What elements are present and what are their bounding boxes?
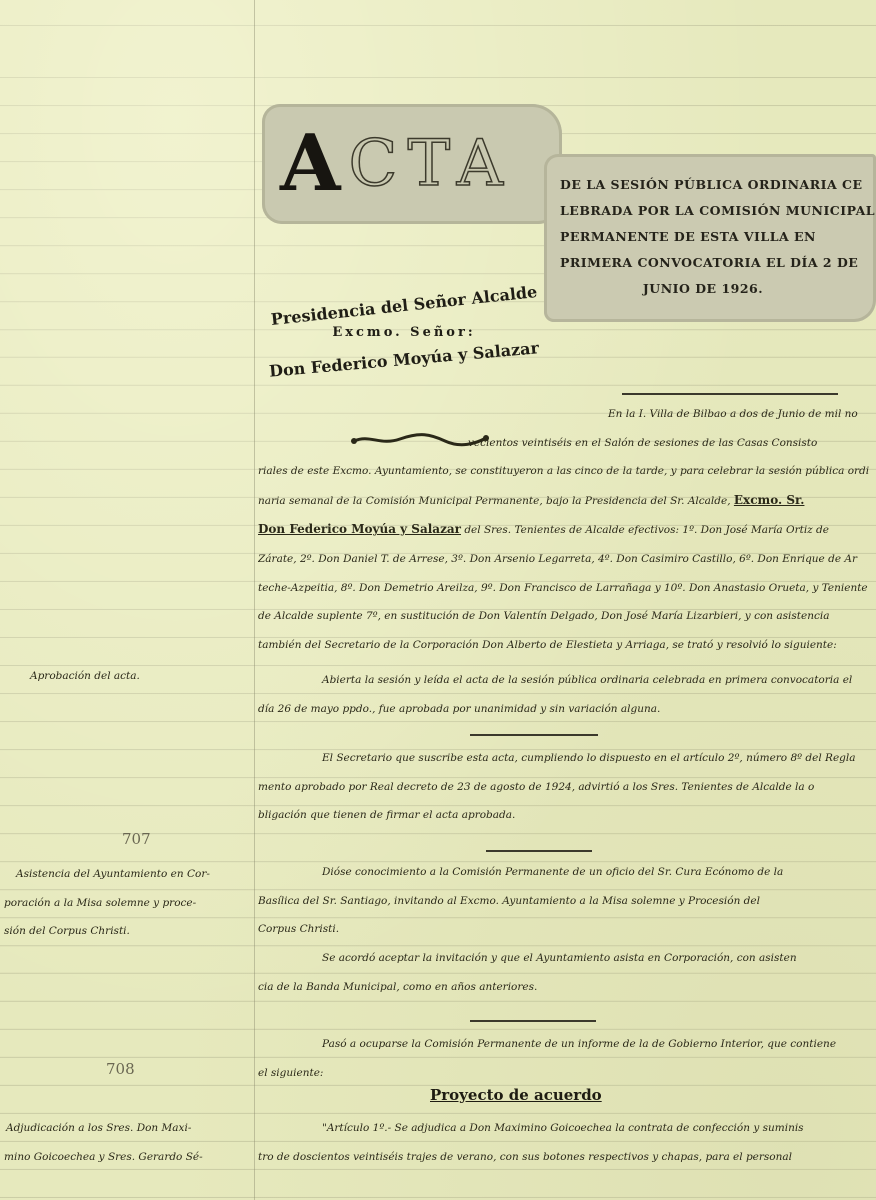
paragraph-invitation-resolution: Se acordó aceptar la invitación y que el… (258, 944, 876, 1001)
paragraph-opening: En la I. Villa de Bilbao a dos de Junio … (258, 400, 876, 659)
text-line: tro de doscientos veintiséis trajes de v… (258, 1143, 876, 1172)
text-line: día 26 de mayo ppdo., fue aprobada por u… (258, 695, 876, 724)
text-line: riales de este Excmo. Ayuntamiento, se c… (258, 457, 876, 486)
presidency-heading: Presidencia del Señor Alcalde (256, 281, 552, 331)
banner-line: de la sesión pública ordinaria ce (560, 172, 876, 198)
section-divider (470, 734, 598, 736)
text-line: bligación que tienen de firmar el acta a… (258, 801, 876, 830)
note-line: Adjudicación a los Sres. Don Maxi- (4, 1114, 254, 1143)
text-line: naria semanal de la Comisión Municipal P… (258, 486, 876, 516)
section-divider (470, 1020, 596, 1022)
text-line: Zárate, 2º. Don Daniel T. de Arrese, 3º.… (258, 545, 876, 574)
session-description-scroll: de la sesión pública ordinaria ce lebrad… (544, 154, 876, 322)
project-heading: Proyecto de acuerdo (430, 1086, 602, 1104)
text-line: Corpus Christi. (258, 915, 876, 944)
text-line: de Alcalde suplente 7º, en sustitución d… (258, 602, 876, 631)
paragraph-interior-report: Pasó a ocuparse la Comisión Permanente d… (258, 1030, 876, 1087)
text-line: Abierta la sesión y leída el acta de la … (258, 666, 876, 695)
margin-note-corpus-christi: Asistencia del Ayuntamiento en Cor- pora… (4, 860, 254, 946)
folio-number: 707 (122, 830, 151, 848)
text-line: Basílica del Sr. Santiago, invitando al … (258, 887, 876, 916)
acta-title: A CTA (262, 104, 562, 224)
text-line: vecientos veintiséis en el Salón de sesi… (258, 429, 876, 458)
note-line: sión del Corpus Christi. (4, 917, 254, 946)
paragraph-corpus-invitation: Dióse conocimiento a la Comisión Permane… (258, 858, 876, 944)
text-line: "Artículo 1º.- Se adjudica a Don Maximin… (258, 1114, 876, 1143)
paragraph-minutes-approval: Abierta la sesión y leída el acta de la … (258, 666, 876, 723)
banner-line: primera convocatoria el día 2 de (560, 250, 876, 276)
banner-line: junio de 1926. (560, 276, 876, 302)
section-divider (486, 850, 592, 852)
text-line: Dióse conocimiento a la Comisión Permane… (258, 858, 876, 887)
text-line: teche-Azpeitia, 8º. Don Demetrio Areilza… (258, 574, 876, 603)
note-line: mino Goicoechea y Sres. Gerardo Sé- (4, 1143, 254, 1172)
presidency-block: Presidencia del Señor Alcalde Excmo. Señ… (256, 282, 552, 369)
text-line: En la I. Villa de Bilbao a dos de Junio … (258, 400, 876, 429)
mayor-title: Excmo. Sr. (734, 493, 805, 507)
folio-number: 708 (106, 1060, 135, 1078)
acta-initial-letter: A (280, 125, 343, 203)
text-line: Se acordó aceptar la invitación y que el… (258, 944, 876, 973)
paragraph-secretary-note: El Secretario que suscribe esta acta, cu… (258, 744, 876, 830)
margin-note-adjudication: Adjudicación a los Sres. Don Maxi- mino … (4, 1114, 254, 1171)
text-line: Don Federico Moyúa y Salazar del Sres. T… (258, 515, 876, 545)
acta-title-rest: CTA (349, 127, 513, 201)
text-line: mento aprobado por Real decreto de 23 de… (258, 773, 876, 802)
mayor-name: Don Federico Moyúa y Salazar (258, 522, 461, 536)
note-line: Asistencia del Ayuntamiento en Cor- (4, 860, 254, 889)
banner-line: Permanente de esta Villa en (560, 224, 876, 250)
margin-note-minutes-approval: Aprobación del acta. (30, 662, 280, 691)
presidency-honorific: Excmo. Señor: (256, 325, 552, 340)
text-line: Pasó a ocuparse la Comisión Permanente d… (258, 1030, 876, 1059)
section-divider (622, 393, 838, 395)
text-line: cia de la Banda Municipal, como en años … (258, 973, 876, 1002)
paragraph-article-one: "Artículo 1º.- Se adjudica a Don Maximin… (258, 1114, 876, 1171)
text-line: también del Secretario de la Corporación… (258, 631, 876, 660)
text-line: el siguiente: (258, 1059, 876, 1088)
margin-rule-line (254, 0, 255, 1200)
note-line: poración a la Misa solemne y proce- (4, 889, 254, 918)
text-line: El Secretario que suscribe esta acta, cu… (258, 744, 876, 773)
banner-line: lebrada por la Comisión Municipal (560, 198, 876, 224)
presidency-name: Don Federico Moyúa y Salazar (256, 337, 553, 382)
